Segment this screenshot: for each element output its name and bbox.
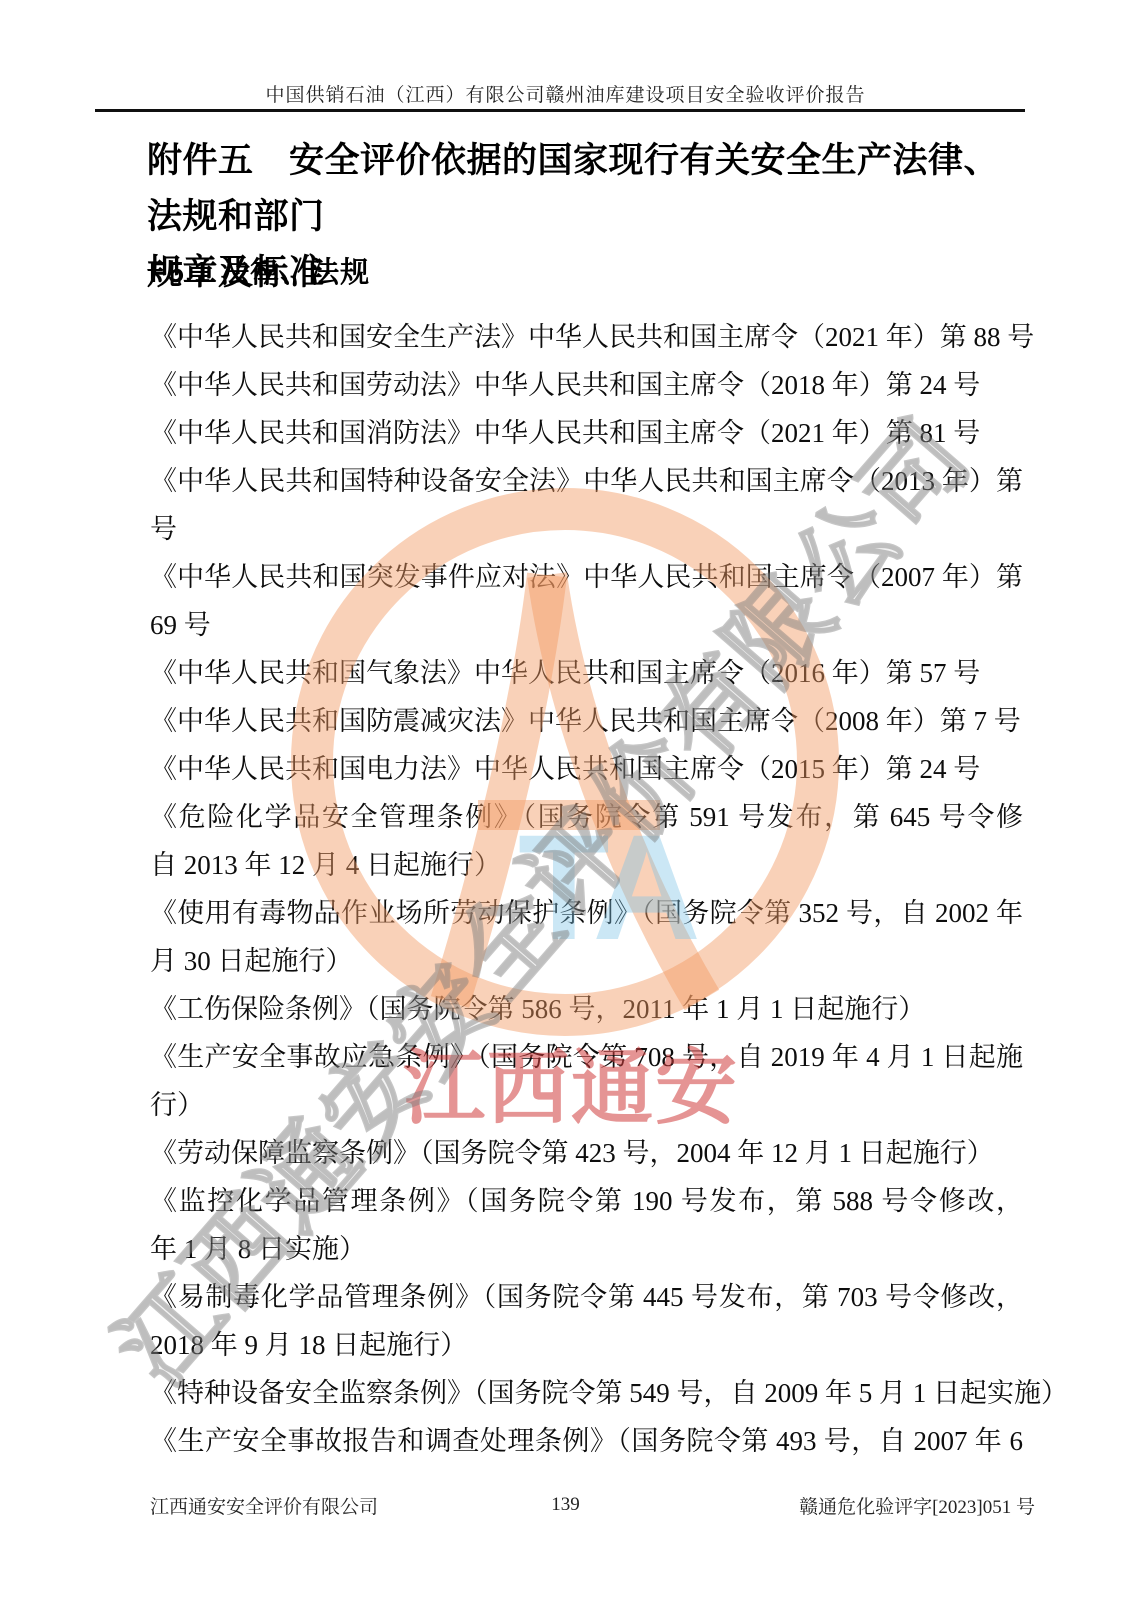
law-entry-line: 《易制毒化学品管理条例》（国务院令第 445 号发布，第 703 号令修改，自 — [150, 1273, 1023, 1321]
law-entry-line: 2018 年 9 月 18 日起施行） — [150, 1321, 1023, 1369]
law-entry-line: 《特种设备安全监察条例》（国务院令第 549 号，自 2009 年 5 月 1 … — [150, 1369, 1023, 1417]
law-entry-line: 《危险化学品安全管理条例》（国务院令第 591 号发布，第 645 号令修订， — [150, 793, 1023, 841]
law-entry-line: 《工伤保险条例》（国务院令第 586 号，2011 年 1 月 1 日起施行） — [150, 985, 1023, 1033]
footer-document-number: 赣通危化验评字[2023]051 号 — [799, 1492, 1035, 1519]
page-header-title: 中国供销石油（江西）有限公司赣州油库建设项目安全验收评价报告 — [0, 80, 1131, 107]
law-entry-line: 《中华人民共和国突发事件应对法》中华人民共和国主席令（2007 年）第 — [150, 553, 1023, 601]
law-entry-line: 《劳动保障监察条例》（国务院令第 423 号，2004 年 12 月 1 日起施… — [150, 1129, 1023, 1177]
law-entry-line: 《中华人民共和国防震减灾法》中华人民共和国主席令（2008 年）第 7 号 — [150, 697, 1023, 745]
law-entry-line: 《使用有毒物品作业场所劳动保护条例》（国务院令第 352 号，自 2002 年 … — [150, 889, 1023, 937]
law-entry-line: 《中华人民共和国安全生产法》中华人民共和国主席令（2021 年）第 88 号 — [150, 313, 1023, 361]
appendix-title-line1: 附件五 安全评价依据的国家现行有关安全生产法律、法规和部门 — [147, 133, 1027, 245]
law-entry-line: 自 2013 年 12 月 4 日起施行） — [150, 841, 1023, 889]
header-rule — [95, 109, 1025, 112]
law-entry-line: 《监控化学品管理条例》（国务院令第 190 号发布，第 588 号令修改，201… — [150, 1177, 1023, 1225]
law-entry-line: 《生产安全事故报告和调查处理条例》（国务院令第 493 号，自 2007 年 6 — [150, 1417, 1023, 1465]
footer-company-name: 江西通安安全评价有限公司 — [150, 1492, 378, 1519]
law-entry-line: 《生产安全事故应急条例》（国务院令第 708 号，自 2019 年 4 月 1 … — [150, 1033, 1023, 1081]
law-entry-line: 69 号 — [150, 601, 1023, 649]
law-entry-line: 号 — [150, 505, 1023, 553]
law-entry-line: 月 30 日起施行） — [150, 937, 1023, 985]
section-heading-f51: F5.1 法律、法规 — [149, 250, 849, 291]
law-entry-line: 《中华人民共和国特种设备安全法》中华人民共和国主席令（2013 年）第 4 — [150, 457, 1023, 505]
law-entry-line: 《中华人民共和国消防法》中华人民共和国主席令（2021 年）第 81 号 — [150, 409, 1023, 457]
page-footer: 江西通安安全评价有限公司 139 赣通危化验评字[2023]051 号 — [0, 1492, 1131, 1522]
law-entry-line: 行） — [150, 1081, 1023, 1129]
report-page: 中国供销石油（江西）有限公司赣州油库建设项目安全验收评价报告 附件五 安全评价依… — [0, 0, 1131, 1600]
law-list: 《中华人民共和国安全生产法》中华人民共和国主席令（2021 年）第 88 号 《… — [150, 313, 1023, 1465]
footer-page-number: 139 — [551, 1494, 580, 1516]
law-entry-line: 《中华人民共和国气象法》中华人民共和国主席令（2016 年）第 57 号 — [150, 649, 1023, 697]
law-entry-line: 《中华人民共和国电力法》中华人民共和国主席令（2015 年）第 24 号 — [150, 745, 1023, 793]
law-entry-line: 《中华人民共和国劳动法》中华人民共和国主席令（2018 年）第 24 号 — [150, 361, 1023, 409]
law-entry-line: 年 1 月 8 日实施） — [150, 1225, 1023, 1273]
